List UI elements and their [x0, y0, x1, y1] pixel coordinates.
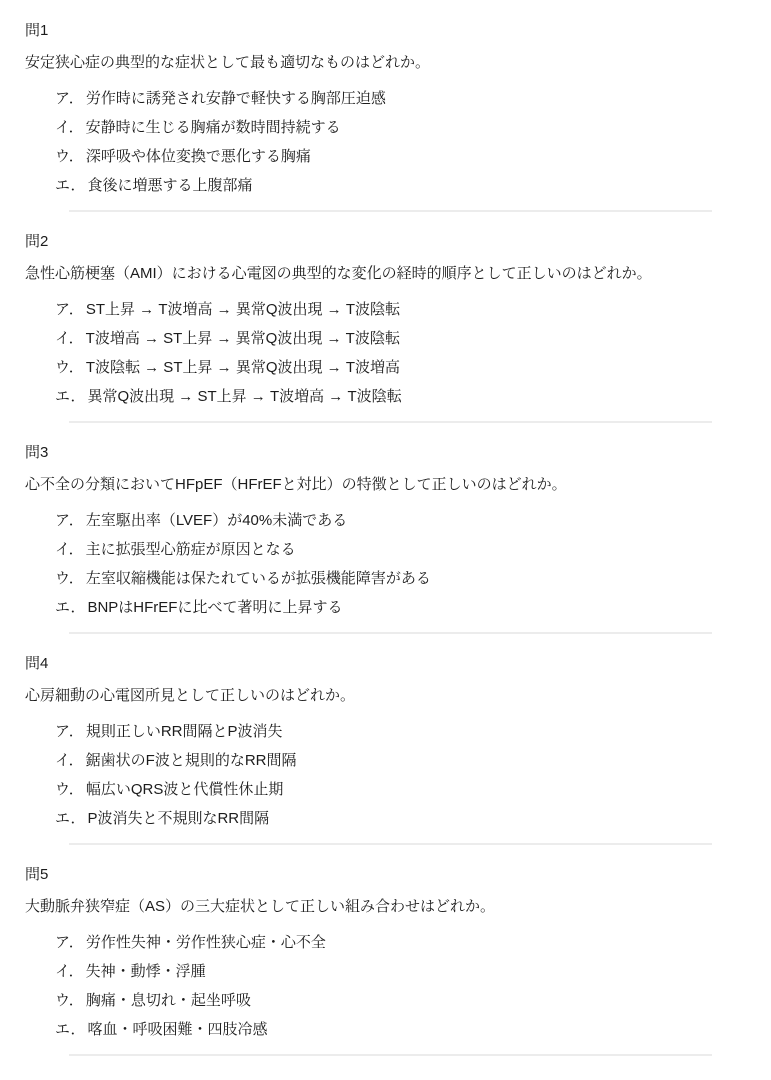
- option-text: 左室駆出率（LVEF）が40%未満である: [86, 512, 347, 529]
- option-item: ウ．胸痛・息切れ・起坐呼吸: [55, 990, 746, 1012]
- option-text: 食後に増悪する上腹部痛: [87, 177, 252, 194]
- option-item: ウ．左室収縮機能は保たれているが拡張機能障害がある: [55, 568, 746, 590]
- section-divider: [69, 210, 712, 212]
- option-text: 規則正しいRR間隔とP波消失: [86, 723, 283, 740]
- section-divider: [69, 1054, 712, 1056]
- question-text: 心房細動の心電図所見として正しいのはどれか。: [25, 685, 746, 707]
- option-text: 労作性失神・労作性狭心症・心不全: [86, 934, 326, 951]
- question-block-4: 問4 心房細動の心電図所見として正しいのはどれか。 ア．規則正しいRR間隔とP波…: [25, 653, 746, 845]
- option-text: 深呼吸や体位変換で悪化する胸痛: [86, 148, 311, 165]
- option-letter: エ．: [55, 388, 85, 405]
- question-number: 問1: [25, 20, 746, 42]
- option-text: 喀血・呼吸困難・四肢冷感: [87, 1021, 267, 1038]
- option-letter: ア．: [55, 301, 84, 318]
- option-item: ア．ST上昇 → T波増高 → 異常Q波出現 → T波陰転: [55, 299, 746, 321]
- option-item: ア．労作時に誘発され安静で軽快する胸部圧迫感: [55, 88, 746, 110]
- option-item: ウ．T波陰転 → ST上昇 → 異常Q波出現 → T波増高: [55, 357, 746, 379]
- option-item: エ．P波消失と不規則なRR間隔: [55, 808, 746, 830]
- option-letter: ア．: [55, 723, 84, 740]
- options-list: ア．左室駆出率（LVEF）が40%未満である イ．主に拡張型心筋症が原因となる …: [25, 510, 746, 619]
- option-letter: ウ．: [55, 781, 84, 798]
- options-list: ア．ST上昇 → T波増高 → 異常Q波出現 → T波陰転 イ．T波増高 → S…: [25, 299, 746, 408]
- question-block-1: 問1 安定狭心症の典型的な症状として最も適切なものはどれか。 ア．労作時に誘発さ…: [25, 20, 746, 212]
- question-block-2: 問2 急性心筋梗塞（AMI）における心電図の典型的な変化の経時的順序として正しい…: [25, 231, 746, 423]
- option-letter: ア．: [55, 90, 84, 107]
- option-text: 左室収縮機能は保たれているが拡張機能障害がある: [86, 570, 431, 587]
- option-letter: ア．: [55, 934, 84, 951]
- option-item: エ．BNPはHFrEFに比べて著明に上昇する: [55, 597, 746, 619]
- question-block-3: 問3 心不全の分類においてHFpEF（HFrEFと対比）の特徴として正しいのはど…: [25, 442, 746, 634]
- question-number: 問3: [25, 442, 746, 464]
- option-item: エ．異常Q波出現 → ST上昇 → T波増高 → T波陰転: [55, 386, 746, 408]
- options-list: ア．労作性失神・労作性狭心症・心不全 イ．失神・動悸・浮腫 ウ．胸痛・息切れ・起…: [25, 932, 746, 1041]
- option-item: ウ．幅広いQRS波と代償性休止期: [55, 779, 746, 801]
- option-letter: ア．: [55, 512, 84, 529]
- question-text: 心不全の分類においてHFpEF（HFrEFと対比）の特徴として正しいのはどれか。: [25, 474, 746, 496]
- options-list: ア．規則正しいRR間隔とP波消失 イ．鋸歯状のF波と規則的なRR間隔 ウ．幅広い…: [25, 721, 746, 830]
- exam-document: 問1 安定狭心症の典型的な症状として最も適切なものはどれか。 ア．労作時に誘発さ…: [0, 0, 771, 1056]
- option-letter: ウ．: [55, 359, 84, 376]
- section-divider: [69, 421, 712, 423]
- option-text: 胸痛・息切れ・起坐呼吸: [86, 992, 251, 1009]
- option-text: 労作時に誘発され安静で軽快する胸部圧迫感: [86, 90, 386, 107]
- option-letter: ウ．: [55, 148, 84, 165]
- option-text: BNPはHFrEFに比べて著明に上昇する: [87, 599, 342, 616]
- option-item: エ．食後に増悪する上腹部痛: [55, 175, 746, 197]
- option-letter: エ．: [55, 599, 85, 616]
- option-letter: イ．: [55, 119, 84, 136]
- question-number: 問5: [25, 864, 746, 886]
- options-list: ア．労作時に誘発され安静で軽快する胸部圧迫感 イ．安静時に生じる胸痛が数時間持続…: [25, 88, 746, 197]
- question-text: 大動脈弁狭窄症（AS）の三大症状として正しい組み合わせはどれか。: [25, 896, 746, 918]
- option-text: 幅広いQRS波と代償性休止期: [86, 781, 284, 798]
- option-item: ア．規則正しいRR間隔とP波消失: [55, 721, 746, 743]
- option-text: 失神・動悸・浮腫: [86, 963, 206, 980]
- option-letter: ウ．: [55, 992, 84, 1009]
- option-letter: イ．: [55, 541, 84, 558]
- option-letter: イ．: [55, 963, 84, 980]
- question-number: 問4: [25, 653, 746, 675]
- option-letter: イ．: [55, 330, 84, 347]
- option-text: P波消失と不規則なRR間隔: [87, 810, 269, 827]
- question-text: 安定狭心症の典型的な症状として最も適切なものはどれか。: [25, 52, 746, 74]
- option-letter: ウ．: [55, 570, 84, 587]
- option-item: イ．失神・動悸・浮腫: [55, 961, 746, 983]
- option-text: 主に拡張型心筋症が原因となる: [86, 541, 296, 558]
- option-item: ア．左室駆出率（LVEF）が40%未満である: [55, 510, 746, 532]
- option-letter: エ．: [55, 1021, 85, 1038]
- option-text: ST上昇 → T波増高 → 異常Q波出現 → T波陰転: [86, 301, 400, 318]
- option-text: T波増高 → ST上昇 → 異常Q波出現 → T波陰転: [86, 330, 400, 347]
- section-divider: [69, 843, 712, 845]
- option-item: イ．主に拡張型心筋症が原因となる: [55, 539, 746, 561]
- option-item: ウ．深呼吸や体位変換で悪化する胸痛: [55, 146, 746, 168]
- option-text: 安静時に生じる胸痛が数時間持続する: [86, 119, 341, 136]
- option-item: イ．鋸歯状のF波と規則的なRR間隔: [55, 750, 746, 772]
- option-item: イ．T波増高 → ST上昇 → 異常Q波出現 → T波陰転: [55, 328, 746, 350]
- option-item: イ．安静時に生じる胸痛が数時間持続する: [55, 117, 746, 139]
- option-letter: イ．: [55, 752, 84, 769]
- option-text: 異常Q波出現 → ST上昇 → T波増高 → T波陰転: [87, 388, 401, 405]
- section-divider: [69, 632, 712, 634]
- option-letter: エ．: [55, 810, 85, 827]
- option-item: ア．労作性失神・労作性狭心症・心不全: [55, 932, 746, 954]
- question-text: 急性心筋梗塞（AMI）における心電図の典型的な変化の経時的順序として正しいのはど…: [25, 263, 746, 285]
- option-item: エ．喀血・呼吸困難・四肢冷感: [55, 1019, 746, 1041]
- question-number: 問2: [25, 231, 746, 253]
- option-text: T波陰転 → ST上昇 → 異常Q波出現 → T波増高: [86, 359, 400, 376]
- option-text: 鋸歯状のF波と規則的なRR間隔: [86, 752, 297, 769]
- question-block-5: 問5 大動脈弁狭窄症（AS）の三大症状として正しい組み合わせはどれか。 ア．労作…: [25, 864, 746, 1056]
- option-letter: エ．: [55, 177, 85, 194]
